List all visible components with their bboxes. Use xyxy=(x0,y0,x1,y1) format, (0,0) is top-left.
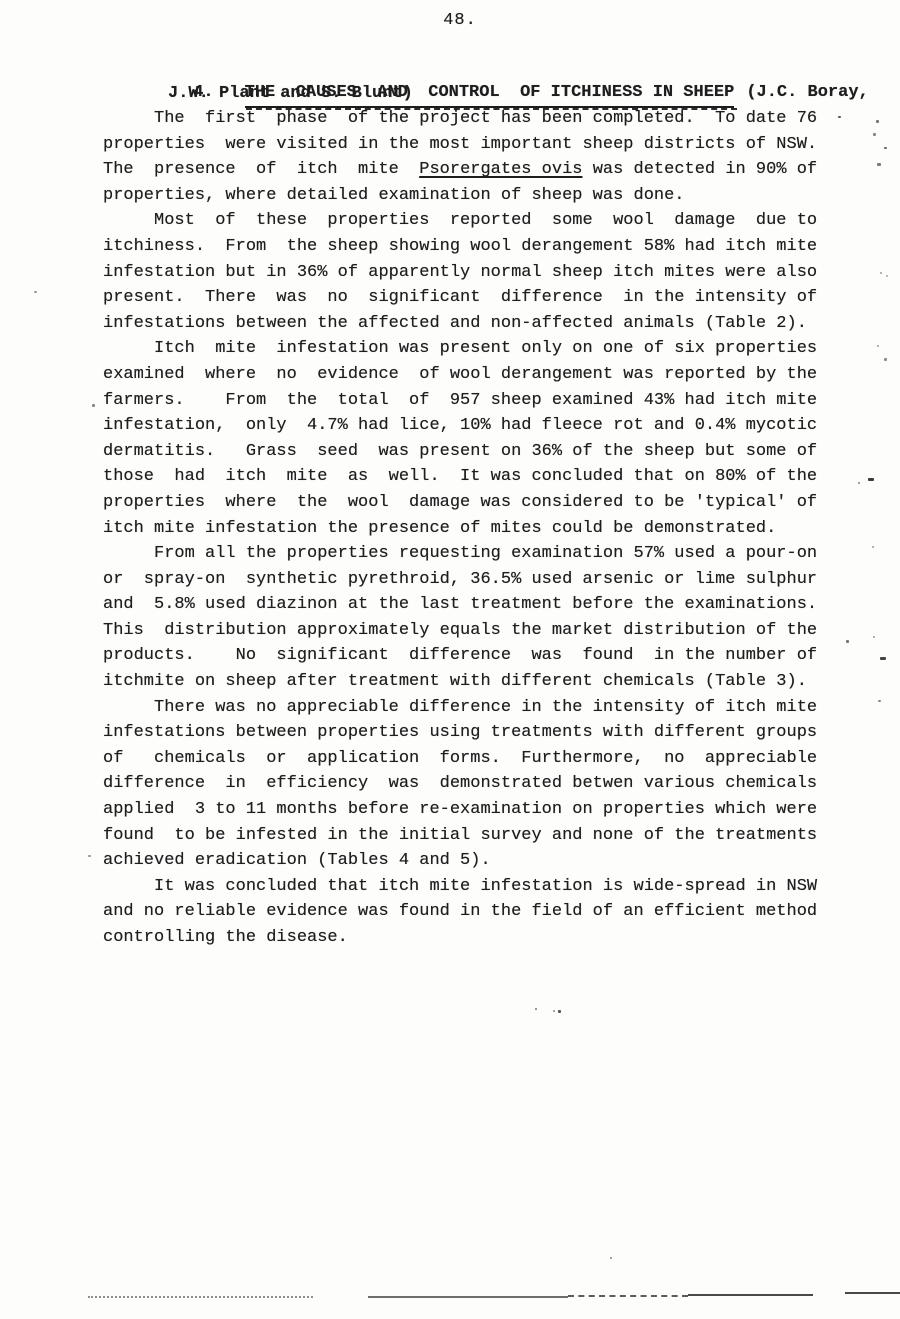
text-line: of chemicals or application forms. Furth… xyxy=(103,746,817,772)
text-line: infestation but in 36% of apparently nor… xyxy=(103,260,817,286)
body-text: The first phase of the project has been … xyxy=(103,106,817,951)
scan-speckle xyxy=(886,275,888,277)
section-authors-part2: J.W. Plant and S. Blunt) xyxy=(168,84,413,103)
scan-speckle xyxy=(88,855,91,857)
scan-speckle xyxy=(876,120,879,123)
text-line: infestations between properties using tr… xyxy=(103,720,817,746)
text-line: products. No significant difference was … xyxy=(103,643,817,669)
text-line: infestations between the affected and no… xyxy=(103,311,817,337)
text-line: The first phase of the project has been … xyxy=(103,106,817,132)
scan-speckle xyxy=(535,1008,537,1010)
text-line: The presence of itch mite Psorergates ov… xyxy=(103,157,817,183)
scan-artifact-line xyxy=(568,1295,688,1297)
text-line: present. There was no significant differ… xyxy=(103,285,817,311)
text-line: itchiness. From the sheep showing wool d… xyxy=(103,234,817,260)
scan-speckle xyxy=(838,116,841,118)
scan-speckle xyxy=(846,640,849,643)
text-line: applied 3 to 11 months before re-examina… xyxy=(103,797,817,823)
text-line: those had itch mite as well. It was conc… xyxy=(103,464,817,490)
text-line: infestation, only 4.7% had lice, 10% had… xyxy=(103,413,817,439)
scan-speckle xyxy=(92,404,95,407)
text-line: itch mite infestation the presence of mi… xyxy=(103,516,817,542)
scan-speckle xyxy=(877,163,881,166)
page-number: 48. xyxy=(0,8,900,34)
scan-speckle xyxy=(884,358,887,361)
text-line: difference in efficiency was demonstrate… xyxy=(103,771,817,797)
text-line: properties were visited in the most impo… xyxy=(103,132,817,158)
scan-speckle xyxy=(34,291,37,293)
text-line: From all the properties requesting exami… xyxy=(103,541,817,567)
scan-speckle xyxy=(878,700,881,702)
text-line: and 5.8% used diazinon at the last treat… xyxy=(103,592,817,618)
scan-speckle xyxy=(610,1257,612,1259)
text-line: found to be infested in the initial surv… xyxy=(103,823,817,849)
text-line: farmers. From the total of 957 sheep exa… xyxy=(103,388,817,414)
text-line: properties, where detailed examination o… xyxy=(103,183,817,209)
scan-speckle xyxy=(873,636,875,638)
scanned-document-page: 48. 4.THE CAUSES AND CONTROL OF ITCHINES… xyxy=(0,0,900,1319)
text-line: or spray-on synthetic pyrethroid, 36.5% … xyxy=(103,567,817,593)
scan-artifact-line xyxy=(688,1294,813,1296)
scan-speckle xyxy=(880,272,882,274)
text-line: This distribution approximately equals t… xyxy=(103,618,817,644)
text-line: There was no appreciable difference in t… xyxy=(103,695,817,721)
scan-speckle xyxy=(558,1010,561,1013)
scan-speckle xyxy=(873,133,876,136)
section-authors-row: J.W. Plant and S. Blunt) xyxy=(103,81,413,107)
section-authors-part1: (J.C. Boray, xyxy=(746,83,868,102)
text-line: Most of these properties reported some w… xyxy=(103,208,817,234)
text-line: achieved eradication (Tables 4 and 5). xyxy=(103,848,817,874)
scan-speckle xyxy=(868,478,874,481)
text-line: itchmite on sheep after treatment with d… xyxy=(103,669,817,695)
scan-speckle xyxy=(880,657,886,660)
text-line: dermatitis. Grass seed was present on 36… xyxy=(103,439,817,465)
scan-speckle xyxy=(877,345,879,347)
text-line: Itch mite infestation was present only o… xyxy=(103,336,817,362)
scan-speckle xyxy=(553,1010,555,1012)
scan-artifact-line xyxy=(88,1296,313,1298)
text-line: It was concluded that itch mite infestat… xyxy=(103,874,817,900)
underlined-species-name: Psorergates ovis xyxy=(419,160,582,179)
scan-artifact-line xyxy=(368,1296,568,1298)
text-line: controlling the disease. xyxy=(103,925,817,951)
text-line: examined where no evidence of wool deran… xyxy=(103,362,817,388)
scan-speckle xyxy=(872,546,874,548)
scan-artifact-line xyxy=(845,1292,900,1294)
scan-speckle xyxy=(858,482,860,484)
text-line: and no reliable evidence was found in th… xyxy=(103,899,817,925)
text-line: properties where the wool damage was con… xyxy=(103,490,817,516)
scan-speckle xyxy=(884,147,887,149)
